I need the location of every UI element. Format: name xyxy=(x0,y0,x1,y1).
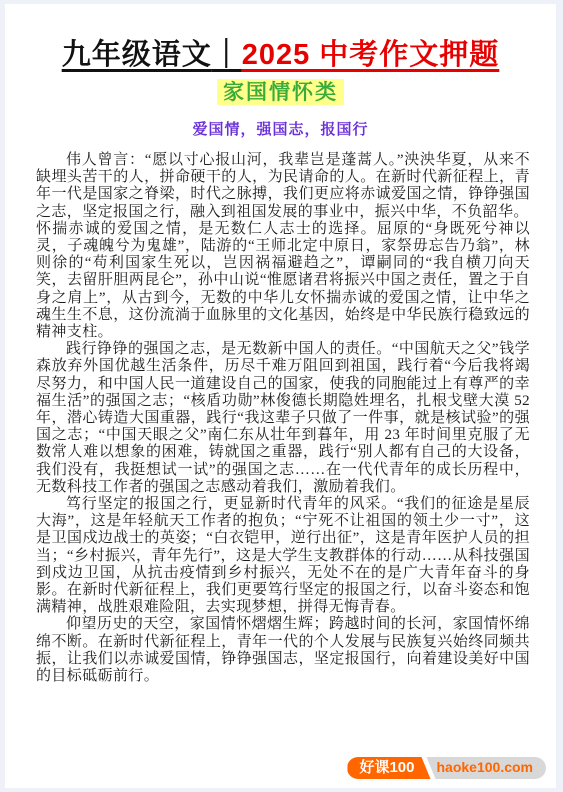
essay-topic-subtitle: 爱国情，强国志，报国行 xyxy=(5,118,556,139)
essay-paragraph-4: 笃行坚定的报国之行，更显新时代青年的风采。“我们的征途是星辰大海”，这是年轻航天… xyxy=(36,496,530,616)
brand-label: 好课100 xyxy=(347,757,430,779)
essay-paragraph-5: 仰望历史的天空，家国情怀熠熠生辉；跨越时间的长河，家国情怀绵绵不断。在新时代新征… xyxy=(36,616,530,685)
essay-body: 伟人曾言：“愿以寸心报山河，我辈岂是蓬蒿人。”泱泱华夏，从来不缺埋头苦干的人，拼… xyxy=(36,152,530,685)
title-separator: ｜ xyxy=(212,39,242,71)
category-badge: 家国情怀类 xyxy=(217,79,344,105)
page-frame: 九年级语文｜2025 中考作文押题 家国情怀类 爱国情，强国志，报国行 伟人曾言… xyxy=(0,0,563,792)
page-title: 九年级语文｜2025 中考作文押题 xyxy=(5,40,556,72)
title-course-label: 九年级语文 xyxy=(62,39,212,71)
category-row: 家国情怀类 xyxy=(5,79,556,105)
essay-paragraph-3: 践行铮铮的强国之志，是无数新中国人的责任。“中国航天之父”钱学森放弃外国优越生活… xyxy=(36,341,530,496)
watermark-badge: 好课100 haoke100.com xyxy=(347,757,546,779)
document-page: 九年级语文｜2025 中考作文押题 家国情怀类 爱国情，强国志，报国行 伟人曾言… xyxy=(5,4,556,788)
essay-paragraph-2: 怀揣赤诚的爱国之情，是无数仁人志士的选择。屈原的“身既死兮神以灵，子魂魄兮为鬼雄… xyxy=(36,221,530,341)
essay-paragraph-1: 伟人曾言：“愿以寸心报山河，我辈岂是蓬蒿人。”泱泱华夏，从来不缺埋头苦干的人，拼… xyxy=(36,152,530,221)
site-domain-label: haoke100.com xyxy=(418,757,547,779)
title-exam-label: 2025 中考作文押题 xyxy=(242,39,500,71)
